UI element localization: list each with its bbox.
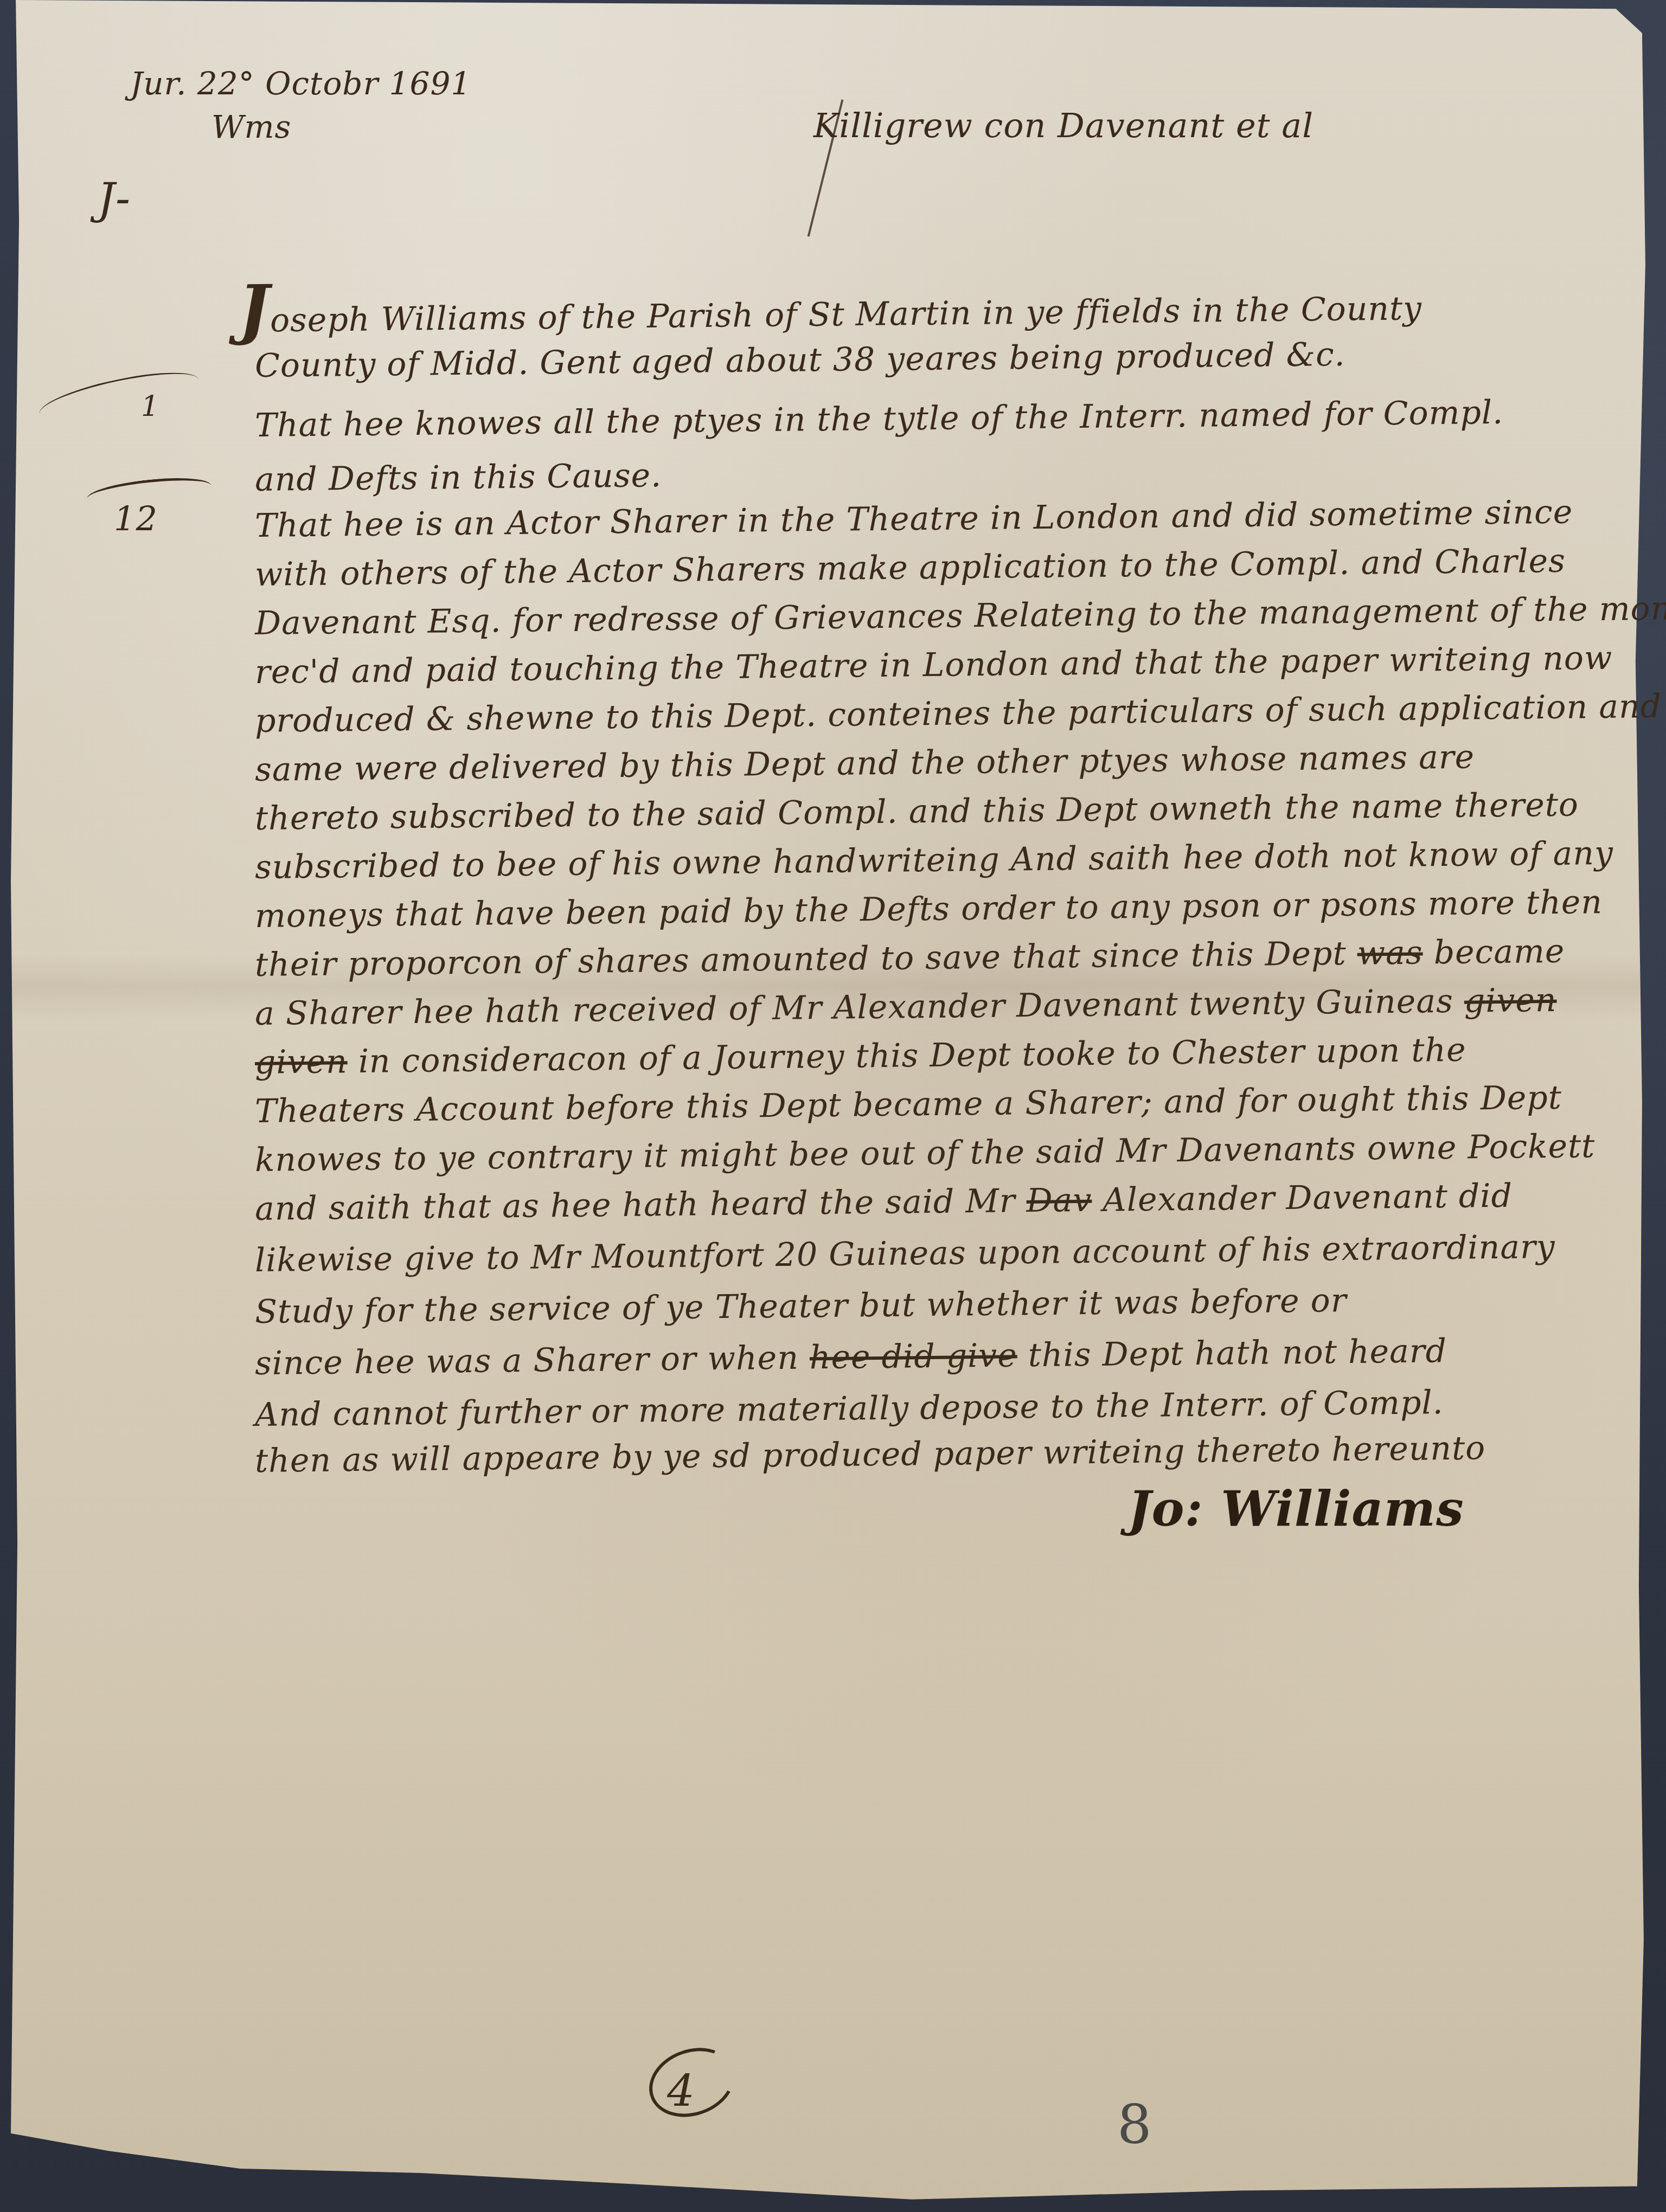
clerk-initials: Wms: [212, 108, 291, 145]
body-line-continuation: this Dept hath not heard: [1028, 1332, 1447, 1374]
jurat-date: Jur. 22° Octobr 1691: [130, 65, 471, 102]
opening-line-4: and Defts in this Cause.: [255, 456, 662, 499]
flourish-mark: J-: [98, 173, 131, 224]
body-line-continuation: became: [1433, 933, 1565, 972]
body-line-text: since hee was a Sharer or when: [255, 1339, 799, 1382]
struck-word: given: [1464, 981, 1556, 1020]
decorated-initial: J: [238, 271, 270, 348]
body-line-continuation: Alexander Davenant did: [1103, 1177, 1513, 1219]
opening-line-1: Joseph Williams of the Parish of St Mart…: [238, 259, 1422, 348]
opening-text: oseph Williams of the Parish of St Marti…: [270, 290, 1422, 339]
body-line-text: and saith that as hee hath heard the sai…: [255, 1182, 1016, 1228]
margin-interrogatory-12: 12: [114, 499, 158, 538]
margin-interrogatory-1: 1: [141, 390, 159, 423]
struck-word: was: [1357, 934, 1423, 972]
signature: Jo: Williams: [1128, 1480, 1464, 1538]
struck-word: given: [255, 1043, 348, 1082]
struck-word: hee did give: [810, 1336, 1018, 1377]
folio-number: 4: [667, 2066, 695, 2116]
case-title: Killigrew con Davenant et al: [813, 106, 1313, 145]
struck-word: Dav: [1026, 1181, 1092, 1220]
pencil-page-number: 8: [1117, 2093, 1152, 2156]
